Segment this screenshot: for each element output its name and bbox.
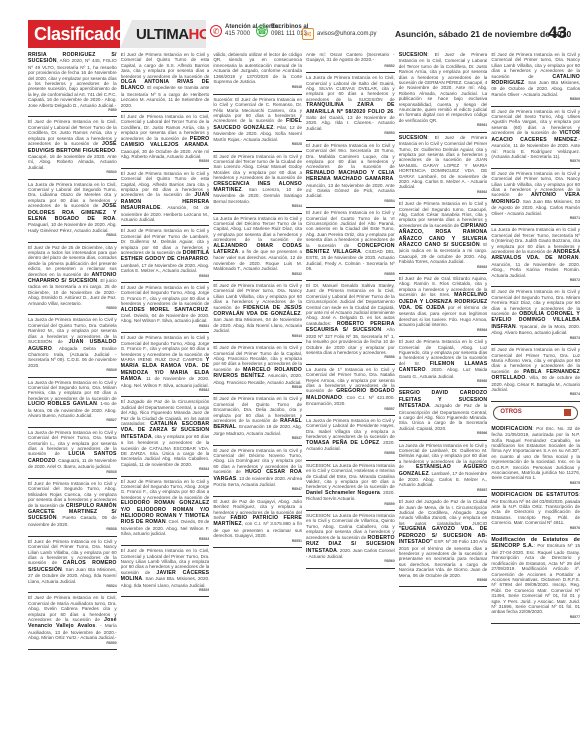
notice-text: El Juez de Primera Instancia en lo Civil… xyxy=(399,339,488,379)
legal-notice: válido, debiendo utilizar el lector de c… xyxy=(213,50,302,95)
notice-body-pre: El Juez de Primera Instancia en lo Civil… xyxy=(121,52,210,79)
column-6: El Juez de Primera Instancia en lo Civil… xyxy=(491,50,580,756)
legal-notice: El Juzgado de Paz de la Circunscripción … xyxy=(121,397,210,476)
notice-code: R8545 xyxy=(121,274,210,279)
notice-code: R8530 xyxy=(28,306,117,311)
notice-text: El Juez de Primera Instancia en lo Civil… xyxy=(121,114,210,159)
notice-body-pre: La Jueza de Primera Instancia en lo Civi… xyxy=(306,75,395,102)
notice-code: R8541 xyxy=(28,233,117,238)
legal-notice: El Juez de Primera Instancia en lo Civil… xyxy=(121,226,210,283)
issue-date: Asunción, sábado 21 de noviembre de 2020 xyxy=(395,29,571,39)
legal-notice: Modificación de Estatutos de SEINCORP S.… xyxy=(491,535,580,624)
notice-text: El Juez de Primera Instancia en lo Civil… xyxy=(491,289,580,335)
notice-code: R8566 xyxy=(399,431,488,436)
legal-notice: La Jueza de Primera Instancia en lo Civi… xyxy=(28,428,117,479)
notice-text: El Juez de Primera Instancia en lo Civil… xyxy=(28,595,117,640)
notice-text: Sucesión: El Juez de Primera Instancia e… xyxy=(213,97,302,142)
notice-code: R8567 xyxy=(399,488,488,493)
notice-code: R8558 xyxy=(306,451,395,456)
legal-notice: El Juez de Primera Instancia en lo Civil… xyxy=(121,333,210,397)
phone-icon: ✆ xyxy=(210,25,222,37)
notice-code: R8535 xyxy=(28,470,117,475)
notice-code: R8564 xyxy=(399,328,488,333)
notice-text: El Juez de Primera Instancia en lo Civil… xyxy=(121,228,210,273)
notice-subject-name: MODIFICACION xyxy=(491,426,532,432)
page-header: Clasificados ULTIMAHORA ✆ Atención al cl… xyxy=(0,20,580,48)
notice-text: La Jueza de Primera Instancia en lo Civi… xyxy=(491,227,580,278)
notice-code: R8556 xyxy=(306,355,395,360)
notice-subject-name: TRANQUILINA ZAIRA DE AMARILLA Nº 58/2020… xyxy=(306,102,395,114)
legal-notice: El Juez de Paz de Guajayvi, Abog. Julio … xyxy=(213,497,302,548)
notice-body-pre: Ante mí: Oscar Cantero (Secretario - Gua… xyxy=(306,52,395,62)
notice-code: R8537 xyxy=(213,436,302,441)
notice-code: R8528 xyxy=(213,142,302,147)
legal-notice: El Dr. Manuel Genaldo Saltiva Stanley, J… xyxy=(306,281,395,365)
notice-code: R8527 xyxy=(28,418,117,423)
notice-code: R8538 xyxy=(28,527,117,532)
legal-notice: El Juez de Primera Instancia en lo Civil… xyxy=(399,199,488,274)
notice-text: El Juez de Primera Instancia en lo Civil… xyxy=(121,285,210,324)
notice-body-pre: El Juez de Primera Instancia en lo Civil… xyxy=(121,285,210,306)
notice-code: R8560 xyxy=(306,559,395,564)
notice-text: SUCESION: El Juez de Primera Instancia e… xyxy=(399,135,488,190)
legal-notice: El Juez de Paz de 25 de Diciembre, cita … xyxy=(28,243,117,316)
mail-icon: ✉ xyxy=(302,28,314,40)
notice-text: SUCESION: La Jueza de Primera Instancia … xyxy=(306,463,395,502)
legal-notice: El Juez de Primera Instancia en lo Civil… xyxy=(491,107,580,169)
legal-notice: El Juez de Primera Instancia en lo Civil… xyxy=(491,50,580,107)
legal-notice: La Jueza de Primera Instancia en lo Civi… xyxy=(28,180,117,243)
notice-code: R8546 xyxy=(213,385,302,390)
notice-code: R8554 xyxy=(306,199,395,204)
section-box-otros: OTROS xyxy=(493,406,578,420)
whatsapp-icon: ☎ xyxy=(256,25,268,37)
legal-notice: El Juez de Primera Instancia en lo Civil… xyxy=(213,394,302,445)
notice-text: El Juez de Primera Instancia en lo Civil… xyxy=(121,548,210,588)
column-2: El Juez de Primera Instancia en lo Civil… xyxy=(121,50,210,756)
notice-body-post: : El Juez de Primera Instancia en lo Civ… xyxy=(399,135,488,190)
notice-code: R8532 xyxy=(213,272,302,277)
legal-notice: SUCESION: La Jueza de Primera Instancia … xyxy=(306,511,395,569)
notice-body-pre: válido, debiendo utilizar el lector de c… xyxy=(213,52,302,84)
legal-notice: El Juez de Primera Instancia en lo Civil… xyxy=(28,593,117,650)
notice-text: La Jueza de Primera Instancia en lo Civi… xyxy=(28,317,117,368)
legal-notice: La Jueza de Primera Instancia en lo Civi… xyxy=(28,378,117,428)
legal-notice: El Juez de Primera Instancia en lo Civil… xyxy=(121,283,210,333)
notice-code: R8549 xyxy=(28,368,117,373)
notice-code: R8561 xyxy=(399,123,488,128)
notice-code: R8539 xyxy=(121,159,210,164)
notice-code: R8563 xyxy=(399,265,488,270)
notice-code: R8552 xyxy=(306,64,395,69)
legal-notice: MODIFICACION DE ESTATUTOS: Por Escritura… xyxy=(491,490,580,535)
notice-text: El Juez de Primera Instancia en lo Civil… xyxy=(306,143,395,199)
notice-body-pre: La Jueza de Primera Instancia en lo Civi… xyxy=(306,418,395,439)
legal-notice: El Juez de Primera Instancia en lo Civil… xyxy=(491,169,580,226)
notice-text: válido, debiendo utilizar el lector de c… xyxy=(213,52,302,85)
legal-notice: El Juez de Primera Instancia en lo Civil… xyxy=(399,337,488,388)
notice-code: R8534 xyxy=(213,204,302,209)
legal-notice: El Juez de Primera Instancia en lo Civil… xyxy=(121,546,210,597)
notice-code: R8555 xyxy=(306,272,395,277)
notice-code: R8524 xyxy=(28,584,117,589)
section-square-icon xyxy=(564,409,571,416)
legal-notice: El Juez de Primera Instancia en lo Civil… xyxy=(306,141,395,208)
notice-text: El Juez de Primera Instancia en lo Civil… xyxy=(399,201,488,264)
notice-text: El Juez de Primera Instancia en lo Civil… xyxy=(213,448,302,488)
legal-notice: El Juez de Primera Instancia en lo Civil… xyxy=(213,281,302,343)
notice-body-pre: El Juez de Primera Instancia en lo Civil… xyxy=(121,335,210,362)
legal-notice: La Jueza de Primera Instancia en lo Civi… xyxy=(213,214,302,281)
classifieds-columns: RRISIA RODRIGUEZ S/ SUCESIÓN, AÑO 2020, … xyxy=(28,50,580,756)
notice-code: R8562 xyxy=(399,190,488,195)
notice-text: MODIFICACION DE ESTATUTOS: Por Escritura… xyxy=(491,492,580,525)
notice-code: R8576 xyxy=(491,526,580,531)
legal-notice: Sucesión: El Juez de Primera Instancia e… xyxy=(213,95,302,152)
notice-subject-name: SUCESION xyxy=(399,135,428,141)
notice-code: R8548 xyxy=(213,85,302,90)
notice-text: El Juez de Primera Instancia en lo Civil… xyxy=(121,335,210,388)
notice-text: El Juez de Primera Instancia en lo Civil… xyxy=(491,109,580,160)
notice-text: La Jueza de Primera Instancia en lo Civi… xyxy=(306,418,395,451)
notice-code: R8542 xyxy=(121,388,210,393)
legal-notice: La Jueza de Primera Instancia en lo Civi… xyxy=(399,441,488,498)
notice-text: MODIFICACION: Por Esc. No. 32 de fecha 2… xyxy=(491,426,580,481)
notice-text: El Juez de Primera Instancia en lo Civil… xyxy=(28,481,117,527)
notice-text: SERGIO DAVID CARDOZO FLEITAS Y SUCESION … xyxy=(399,390,488,431)
notice-body-post: , AÑO 2020, Nº 445, FOLIO Nº 49 VLTO, Se… xyxy=(28,58,117,107)
notice-text: El Juez de Primera Instancia en lo Civil… xyxy=(213,154,302,205)
legal-notice: El Juez de Primera Instancia en lo Civil… xyxy=(28,537,117,594)
notice-code: R850 xyxy=(28,108,117,113)
notice-text: La Jueza de Primera Instancia en lo Civi… xyxy=(213,216,302,272)
legal-notice: El Juez de Primera Instancia en lo Civil… xyxy=(28,479,117,537)
notice-code: R8529 xyxy=(121,588,210,593)
legal-notice: SERGIO DAVID CARDOZO FLEITAS Y SUCESION … xyxy=(399,388,488,440)
legal-notice: El Juez de Paz de Gral. Elizardo Aquino,… xyxy=(399,274,488,337)
notice-code: R8531 xyxy=(121,324,210,329)
notice-subject-name: REINALDO MACHADO Y CELIA HERENIA MACHADO… xyxy=(306,170,395,182)
legal-notice: SUCESION: El Juez de Primera Instancia e… xyxy=(399,133,488,199)
notice-text: El Juez de Primera Instancia en lo Civil… xyxy=(121,52,210,108)
notice-code: R8533 xyxy=(121,537,210,542)
notice-body-pre: El Juez de Primera Instancia en lo Civil… xyxy=(213,154,302,181)
notice-code: R8565 xyxy=(399,379,488,384)
legal-notice: RRISIA RODRIGUEZ S/ SUCESIÓN, AÑO 2020, … xyxy=(28,50,117,117)
logo-part1: ULTIMA xyxy=(136,26,189,43)
notice-text: El Juez del Juzgado de Paz de la Ciudad … xyxy=(399,499,488,578)
notice-subject-name: MODIFICACION DE ESTATUTOS xyxy=(491,492,578,498)
notice-body-post: : El Juez de Primera Instancia en lo Civ… xyxy=(399,52,488,123)
notice-text: SUCESION: El Juez de Primera Instancia e… xyxy=(399,52,488,123)
legal-notice: La Jueza de 1º Instancia en lo Civil y C… xyxy=(306,365,395,416)
legal-notice: El Juez de Primera Instancia en lo Civil… xyxy=(121,477,210,546)
notice-code: R8543 xyxy=(121,467,210,472)
notice-code: R8540 xyxy=(28,170,117,175)
legal-notice: El Juez de Primera Instancia en lo Civil… xyxy=(491,287,580,345)
notice-text: RRISIA RODRIGUEZ S/ SUCESIÓN, AÑO 2020, … xyxy=(28,52,117,108)
legal-notice: El Juez de Primera Instancia en lo Civil… xyxy=(28,117,117,179)
contact-phone-value: 415 7000 xyxy=(225,31,250,37)
notice-subject-name: LUCIO ROBLES GAVILAN xyxy=(28,401,97,407)
notice-text: El Juez de Primera Instancia en lo Civil… xyxy=(491,52,580,97)
legal-notice: El Juez de Primera Instancia en lo Civil… xyxy=(121,50,210,112)
notice-body-pre: La Jueza de Primera Instancia en lo Civi… xyxy=(28,380,117,401)
contact-email-value: avisos@uhora.com.py xyxy=(317,31,376,38)
notice-subject-name: Daniel Schrameler Noguera xyxy=(306,490,380,496)
notice-text: El Juez de Primera Instancia en lo Civil… xyxy=(213,396,302,436)
notice-text: El Juez de Paz de Gral. Elizardo Aquino,… xyxy=(399,276,488,328)
notice-text: El Juez de Primera Instancia en lo Civil… xyxy=(121,171,210,223)
notice-code: R8575 xyxy=(491,481,580,486)
notice-body-pre: El Juez de Primera Instancia en lo Civil… xyxy=(306,143,395,170)
notice-text: El Juez de Primera Instancia en lo Civil… xyxy=(306,210,395,271)
notice-code: R8547 xyxy=(213,487,302,492)
notice-text: Ante mí: Oscar Cantero (Secretario - Gua… xyxy=(306,52,395,64)
notice-text: El Juez de Primera Instancia en lo Civil… xyxy=(213,283,302,334)
notice-code: R8544 xyxy=(213,334,302,339)
legal-notice: La Jueza de Primera Instancia en lo Civi… xyxy=(28,315,117,377)
legal-notice: La Jueza de Primera Instancia en lo Civi… xyxy=(306,416,395,461)
notice-code: R8568 xyxy=(399,578,488,583)
notice-code: R8550 xyxy=(28,641,117,646)
column-5: SUCESION: El Juez de Primera Instancia e… xyxy=(399,50,488,756)
legal-notice: El Juez de Primera Instancia en lo Civil… xyxy=(213,343,302,394)
notice-body-pre: SUCESION: La Jueza de Primera Instancia … xyxy=(306,463,395,490)
legal-notice: El Juez de Primera Instancia en lo Civil… xyxy=(213,152,302,214)
column-4: Ante mí: Oscar Cantero (Secretario - Gua… xyxy=(306,50,395,756)
notice-code: R8571 xyxy=(491,216,580,221)
legal-notice: MODIFICACION: Por Esc. No. 32 de fecha 2… xyxy=(491,424,580,490)
notice-text: El Dr. Manuel Genaldo Saltiva Stanley, J… xyxy=(306,283,395,355)
newspaper-logo: ULTIMAHORA xyxy=(120,20,206,48)
notice-text: Modificación de Estatutos de SEINCORP S.… xyxy=(491,537,580,615)
legal-notice: El Juez de Primera Instancia en lo Civil… xyxy=(121,169,210,227)
notice-text: La Jueza de Primera Instancia en lo Civi… xyxy=(306,75,395,131)
column-3: válido, debiendo utilizar el lector de c… xyxy=(213,50,302,756)
legal-notice: El Juez del Juzgado de Paz de la Ciudad … xyxy=(399,497,488,587)
notice-text: El Juez de Primera Instancia en lo Civil… xyxy=(491,347,580,392)
notice-code: R8553 xyxy=(306,131,395,136)
notice-text: El Juzgado de Paz de la Circunscripción … xyxy=(121,399,210,467)
legal-notice: El Juez de Primera Instancia en lo Civil… xyxy=(213,446,302,497)
notice-text: La Jueza de Primera Instancia en lo Civi… xyxy=(28,430,117,470)
legal-notice: Ante mí: Oscar Cantero (Secretario - Gua… xyxy=(306,50,395,73)
notice-body-pre: El Juez de Primera Instancia en lo Civil… xyxy=(121,479,210,500)
legal-notice: La Jueza de Primera Instancia en lo Civi… xyxy=(491,225,580,287)
legal-notice: El Juez de Primera Instancia en lo Civil… xyxy=(121,112,210,169)
notice-text: El Juez de Paz de Guajayvi, Abog. Julio … xyxy=(213,499,302,539)
notice-body-post: : Por Esc. No. 32 de fecha 21/05/2019, a… xyxy=(491,426,580,481)
notice-code: R8551 xyxy=(213,539,302,544)
notice-text: El Juez de Primera Instancia en lo Civil… xyxy=(491,171,580,216)
notice-text: El Juez de Primera Instancia en lo Civil… xyxy=(121,479,210,537)
page-number: 43 xyxy=(548,23,567,43)
notice-body-pre: El Dr. Manuel Genaldo Saltiva Stanley, J… xyxy=(306,283,395,326)
notice-body-post: EXP. Nº 30 Folio 130 Año 2016 por el tér… xyxy=(399,539,488,577)
notice-subject-name: SUCESION xyxy=(399,52,428,58)
notice-body-post: : Por Escritura Nº 15 del 27-04-2020. Es… xyxy=(491,543,580,614)
contact-whatsapp: ☎ Escribinos al0981 111 013 xyxy=(256,24,308,38)
notice-text: El Juez de Primera Instancia en lo Civil… xyxy=(28,539,117,584)
notice-code: R8569 xyxy=(491,97,580,102)
notice-code: R8559 xyxy=(306,502,395,507)
legal-notice: El Juez de Primera Instancia en lo Civil… xyxy=(491,345,580,402)
notice-code: R8577 xyxy=(491,615,580,620)
notice-subject-name: ALCIDES MOREL SANTACRUZ xyxy=(121,307,208,313)
notice-text: La Jueza de Primera Instancia en lo Civi… xyxy=(399,443,488,488)
section-title: Clasificados xyxy=(28,20,120,48)
notice-text: SUCESION: La Jueza de Primera Instancia … xyxy=(306,513,395,559)
notice-code: R8570 xyxy=(491,159,580,164)
notice-subject-name: TOMASA PEÑA DE LÓPEZ xyxy=(306,440,379,446)
notice-code: R8574 xyxy=(491,392,580,397)
legal-notice: SUCESION: La Jueza de Primera Instancia … xyxy=(306,461,395,511)
notice-code: R8572 xyxy=(491,278,580,283)
notice-text: El Juez de Primera Instancia en lo Civil… xyxy=(213,345,302,385)
notice-body-pre: El Juez del Juzgado de Paz de la Ciudad … xyxy=(399,499,488,526)
legal-notice: La Jueza de Primera Instancia en lo Civi… xyxy=(306,73,395,140)
notice-body-pre: La Jueza de Primera Instancia en lo Civi… xyxy=(213,216,302,243)
section-box-label: OTROS xyxy=(500,410,521,415)
notice-text: La Jueza de Primera Instancia en lo Civi… xyxy=(28,182,117,234)
notice-text: La Jueza de Primera Instancia en lo Civi… xyxy=(28,380,117,419)
legal-notice: El Juez de Primera Instancia en lo Civil… xyxy=(306,208,395,281)
contact-email: ✉ avisos@uhora.com.py xyxy=(302,28,376,40)
notice-text: El Juez de Paz de 25 de Diciembre, cita … xyxy=(28,245,117,306)
notice-text: El Juez de Primera Instancia en lo Civil… xyxy=(28,119,117,170)
notice-code: R8573 xyxy=(491,336,580,341)
notice-code: R8557 xyxy=(306,407,395,412)
column-1: RRISIA RODRIGUEZ S/ SUCESIÓN, AÑO 2020, … xyxy=(28,50,117,756)
legal-notice: SUCESION: El Juez de Primera Instancia e… xyxy=(399,50,488,133)
notice-text: La Jueza de 1º Instancia en lo Civil y C… xyxy=(306,367,395,407)
